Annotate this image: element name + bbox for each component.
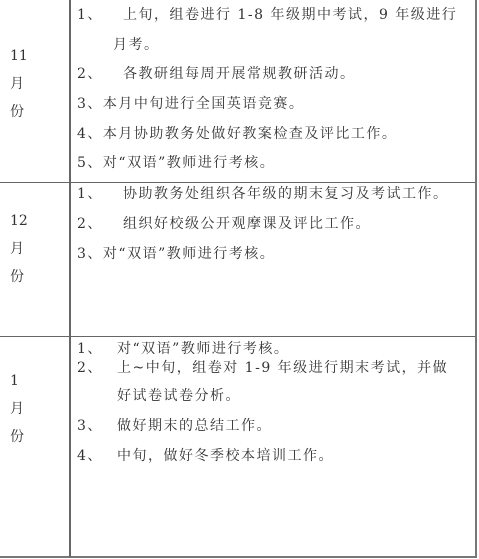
item-number: 1、 xyxy=(77,338,117,358)
item-text: 做好期末的总结工作。 xyxy=(117,418,272,434)
item-number: 2、 xyxy=(77,357,117,377)
row-december: 12 月 份 1、协助教务处组织各年级的期末复习及考试工作。 2、组织好校级公开… xyxy=(0,183,475,337)
item-number: 4、 xyxy=(77,123,103,143)
item-text-continued: 好试卷试卷分析。 xyxy=(117,385,241,405)
month-number: 11 xyxy=(10,42,28,70)
list-item: 5、对“双语”教师进行考核。 xyxy=(77,152,275,172)
list-item: 3、对“双语”教师进行考核。 xyxy=(77,243,275,263)
list-item: 2、上~中旬，组卷对 1-9 年级进行期末考试，并做 xyxy=(77,357,448,377)
month-suffix: 份 xyxy=(10,263,28,291)
list-item: 4、中旬，做好冬季校本培训工作。 xyxy=(77,445,334,465)
item-number: 4、 xyxy=(77,445,117,465)
item-text: 上~中旬，组卷对 1-9 年级进行期末考试，并做 xyxy=(117,360,448,376)
row-november: 11 月 份 1、上旬，组卷进行 1-8 年级期中考试，9 年级进行 月考。 2… xyxy=(0,0,475,183)
item-text: 本月协助教务处做好教案检查及评比工作。 xyxy=(103,126,398,142)
list-item: 1、对“双语”教师进行考核。 xyxy=(77,338,289,358)
content-cell-december: 1、协助教务处组织各年级的期末复习及考试工作。 2、组织好校级公开观摩课及评比工… xyxy=(73,183,475,336)
item-number: 2、 xyxy=(77,213,123,233)
month-char: 月 xyxy=(10,70,28,98)
content-cell-november: 1、上旬，组卷进行 1-8 年级期中考试，9 年级进行 月考。 2、各教研组每周… xyxy=(73,0,475,182)
list-item: 4、本月协助教务处做好教案检查及评比工作。 xyxy=(77,123,397,143)
month-number: 1 xyxy=(10,367,24,395)
month-label: 12 月 份 xyxy=(10,207,28,291)
month-label: 1 月 份 xyxy=(10,367,24,451)
item-text: 上旬，组卷进行 1-8 年级期中考试，9 年级进行 xyxy=(123,7,457,23)
item-text: 协助教务处组织各年级的期末复习及考试工作。 xyxy=(123,186,449,202)
item-number: 2、 xyxy=(77,63,123,83)
item-text: 对“双语”教师进行考核。 xyxy=(103,155,275,171)
content-cell-january: 1、对“双语”教师进行考核。 2、上~中旬，组卷对 1-9 年级进行期末考试，并… xyxy=(73,337,475,557)
month-cell-november: 11 月 份 xyxy=(0,0,71,182)
item-text: 各教研组每周开展常规教研活动。 xyxy=(123,66,356,82)
item-text: 组织好校级公开观摩课及评比工作。 xyxy=(123,216,371,232)
item-text: 对“双语”教师进行考核。 xyxy=(103,246,275,262)
list-item: 1、上旬，组卷进行 1-8 年级期中考试，9 年级进行 xyxy=(77,4,457,24)
item-number: 3、 xyxy=(77,93,103,113)
list-item: 3、本月中旬进行全国英语竞赛。 xyxy=(77,93,304,113)
list-item: 2、各教研组每周开展常规教研活动。 xyxy=(77,63,356,83)
item-text: 对“双语”教师进行考核。 xyxy=(117,341,289,357)
work-plan-table: 11 月 份 1、上旬，组卷进行 1-8 年级期中考试，9 年级进行 月考。 2… xyxy=(0,0,477,558)
month-cell-december: 12 月 份 xyxy=(0,183,71,336)
row-january: 1 月 份 1、对“双语”教师进行考核。 2、上~中旬，组卷对 1-9 年级进行… xyxy=(0,337,475,557)
item-text: 本月中旬进行全国英语竞赛。 xyxy=(103,96,305,112)
item-number: 1、 xyxy=(77,4,123,24)
month-cell-january: 1 月 份 xyxy=(0,337,71,557)
item-number: 3、 xyxy=(77,415,117,435)
list-item: 1、协助教务处组织各年级的期末复习及考试工作。 xyxy=(77,183,449,203)
item-text-continued: 月考。 xyxy=(113,34,160,54)
item-number: 1、 xyxy=(77,183,123,203)
list-item: 3、做好期末的总结工作。 xyxy=(77,415,272,435)
month-char: 月 xyxy=(10,235,28,263)
item-number: 3、 xyxy=(77,243,103,263)
item-text: 中旬，做好冬季校本培训工作。 xyxy=(117,448,334,464)
month-number: 12 xyxy=(10,207,28,235)
month-char: 月 xyxy=(10,395,24,423)
list-item: 2、组织好校级公开观摩课及评比工作。 xyxy=(77,213,371,233)
month-label: 11 月 份 xyxy=(10,42,28,126)
month-suffix: 份 xyxy=(10,423,24,451)
month-suffix: 份 xyxy=(10,98,28,126)
item-number: 5、 xyxy=(77,152,103,172)
